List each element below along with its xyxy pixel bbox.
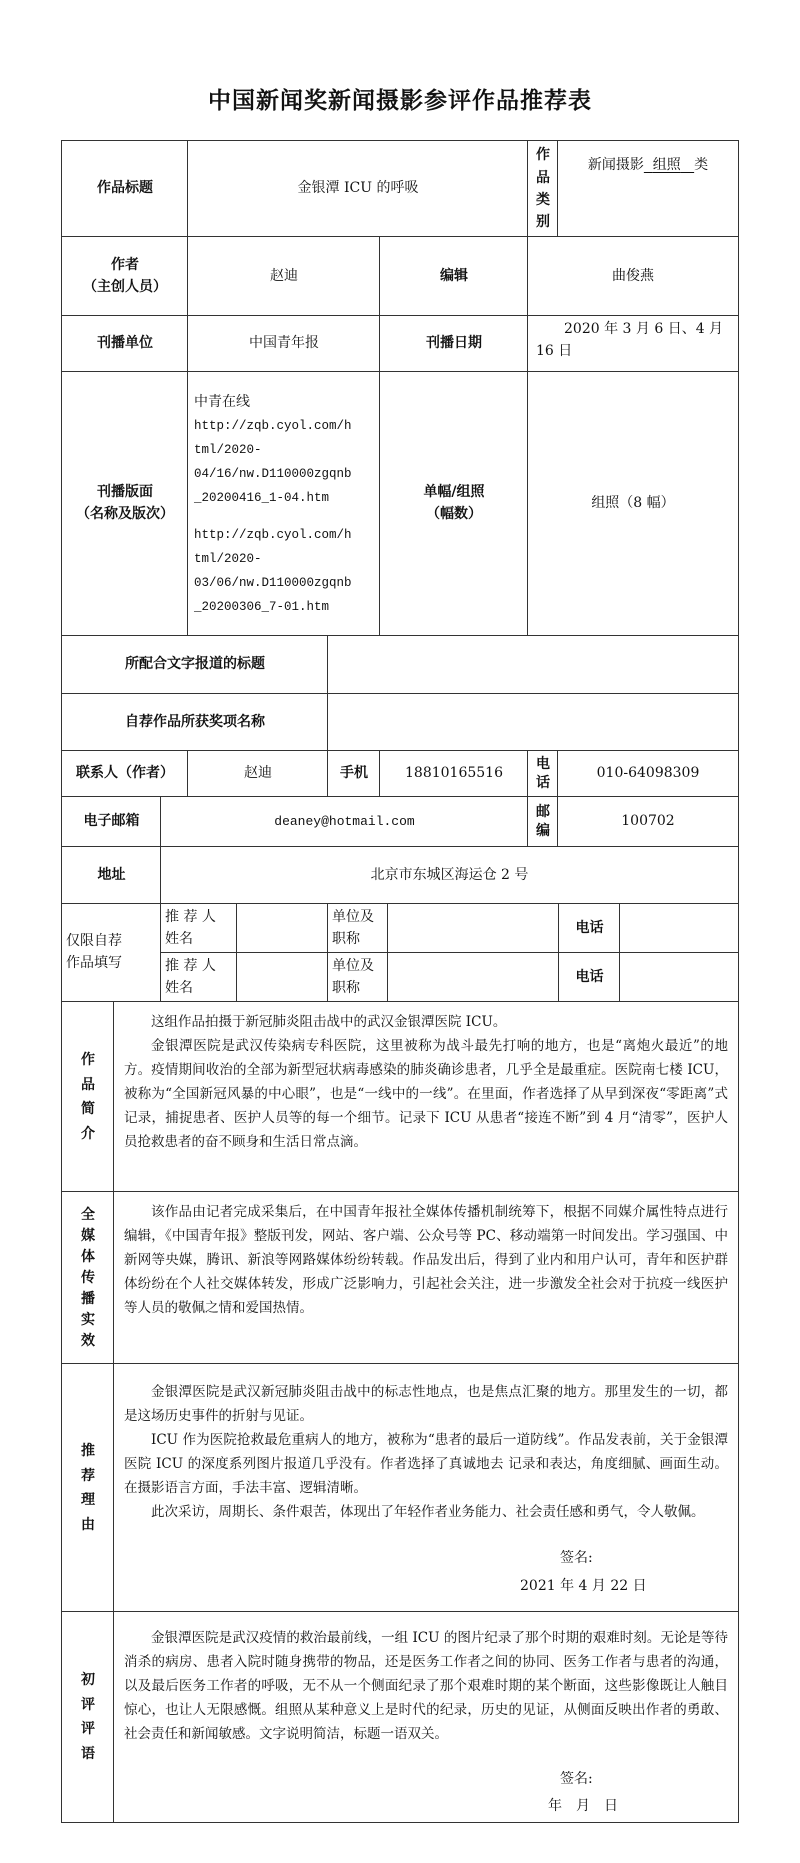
count-label-line2: （幅数） [426,504,482,526]
self-rec-label-line1: 仅限自荐 [66,931,122,953]
work-title-label-text: 作品标题 [97,178,153,200]
email-label-text: 电子邮箱 [84,811,140,833]
review-label-char: 评 [81,1693,95,1718]
media-effect-content: 该作品由记者完成采集后，在中国青年报社全媒体传播机制统筹下，根据不同媒介属性特点… [113,1191,739,1365]
publisher-name: 中国青年报 [249,333,319,355]
awards-label-text: 自荐作品所获奖项名称 [125,712,265,734]
media-effect-label: 全 媒 体 传 播 实 效 [61,1191,115,1365]
review-content: 金银潭医院是武汉疫情的救治最前线，一组 ICU 的图片纪录了那个时期的艰难时刻。… [113,1611,739,1823]
media-effect-label-char: 效 [81,1331,95,1352]
reason-label-char: 推 [81,1439,95,1464]
mobile-value[interactable]: 18810165516 [379,750,529,798]
category-label-char: 别 [536,211,550,233]
layout-url2-line: http://zqb.cyol.com/h [194,524,352,548]
phone-label-char: 电 [536,755,550,774]
author-label-line1: 作者 [111,255,139,277]
count-label: 单幅/组照 （幅数） [379,371,529,637]
reason-label-char: 由 [81,1513,95,1538]
zip-label: 邮 编 [527,796,559,848]
work-title-text: 金银潭 ICU 的呼吸 [298,178,419,200]
layout-label-line2: （名称及版次） [76,504,174,526]
intro-content: 这组作品拍摄于新冠肺炎阻击战中的武汉金银潭医院 ICU。 金银潭医院是武汉传染病… [113,1001,739,1193]
layout-url1-line: tml/2020- [194,439,352,463]
contact-label-text: 联系人（作者） [76,763,174,785]
author-label-line2: （主创人员） [83,277,167,299]
recommender-name-label-line2: 姓名 [165,978,193,1000]
publisher-value[interactable]: 中国青年报 [187,315,381,373]
recommender-name-label-line2: 姓名 [165,929,193,951]
category-suffix: 类 [694,155,708,177]
address-text: 北京市东城区海运仓 2 号 [371,865,529,887]
phone-label: 电 话 [527,750,559,798]
phone-value[interactable]: 010-64098309 [557,750,739,798]
email-label: 电子邮箱 [61,796,162,848]
publisher-label-text: 刊播单位 [97,333,153,355]
layout-url2-line: 03/06/nw.D110000zgqnb [194,572,352,596]
publish-date-text: 2020 年 3 月 6 日、4 月 16 日 [536,319,730,362]
publish-date-value[interactable]: 2020 年 3 月 6 日、4 月 16 日 [527,315,739,373]
recommender-name-value[interactable] [236,903,329,954]
zip-code: 100702 [621,811,674,833]
intro-paragraph: 这组作品拍摄于新冠肺炎阻击战中的武汉金银潭医院 ICU。 [124,1010,728,1034]
recommender-unit-value[interactable] [387,903,560,954]
reason-label-char: 理 [81,1488,95,1513]
layout-value[interactable]: 中青在线 http://zqb.cyol.com/h tml/2020- 04/… [187,371,381,637]
layout-url2-line: _20200306_7-01.htm [194,596,352,620]
intro-label: 作 品 简 介 [61,1001,115,1193]
intro-paragraph: 金银潭医院是武汉传染病专科医院，这里被称为战斗最先打响的地方，也是“离炮火最近”… [124,1034,728,1154]
awards-value[interactable] [327,693,739,752]
review-sign-label: 签名: [560,1768,593,1788]
review-label: 初 评 评 语 [61,1611,115,1823]
address-label: 地址 [61,846,162,905]
layout-url1-line: 04/16/nw.D110000zgqnb [194,463,352,487]
zip-value[interactable]: 100702 [557,796,739,848]
document-title: 中国新闻奖新闻摄影参评作品推荐表 [0,82,800,115]
recommender-unit-label: 单位及 职称 [327,903,389,954]
reason-label: 推 荐 理 由 [61,1363,115,1613]
layout-label-line1: 刊播版面 [97,482,153,504]
recommender-unit-label-line1: 单位及 [332,956,374,978]
intro-label-char: 简 [81,1097,95,1122]
review-label-char: 评 [81,1717,95,1742]
recommender-unit-label-line2: 职称 [332,978,360,1000]
layout-url-list: 中青在线 http://zqb.cyol.com/h tml/2020- 04/… [194,389,352,620]
spacer [194,510,352,524]
recommender-unit-value[interactable] [387,952,560,1003]
address-label-text: 地址 [98,865,126,887]
recommender-name-label: 推 荐 人 姓名 [160,903,238,954]
layout-outlet: 中青在线 [194,389,352,416]
author-name: 赵迪 [270,266,298,288]
layout-url1-line: _20200416_1-04.htm [194,487,352,511]
count-value[interactable]: 组照（8 幅） [527,371,739,637]
editor-name: 曲俊燕 [612,266,654,288]
count-label-line1: 单幅/组照 [423,482,484,504]
self-rec-label-line2: 作品填写 [66,953,122,975]
author-value[interactable]: 赵迪 [187,236,381,317]
phone-number: 010-64098309 [597,763,700,785]
reason-date: 2021 年 4 月 22 日 [520,1575,647,1595]
media-effect-label-char: 体 [81,1247,95,1268]
zip-label-char: 邮 [536,803,550,822]
review-paragraph: 金银潭医院是武汉疫情的救治最前线，一组 ICU 的图片纪录了那个时期的艰难时刻。… [124,1626,728,1746]
publisher-label: 刊播单位 [61,315,189,373]
self-rec-label: 仅限自荐 作品填写 [61,903,162,1003]
text-report-value[interactable] [327,635,739,695]
category-prefix: 新闻摄影 [588,155,644,177]
contact-label: 联系人（作者） [61,750,189,798]
email-address: deaney@hotmail.com [274,810,414,835]
layout-label: 刊播版面 （名称及版次） [61,371,189,637]
author-label: 作者 （主创人员） [61,236,189,317]
reason-sign-label: 签名: [560,1547,593,1567]
media-effect-label-char: 全 [81,1205,95,1226]
reason-paragraph: 金银潭医院是武汉新冠肺炎阻击战中的标志性地点，也是焦点汇聚的地方。那里发生的一切… [124,1380,728,1428]
recommender-phone-label-text: 电话 [576,967,604,989]
media-effect-label-char: 实 [81,1310,95,1331]
recommender-phone-label: 电话 [558,952,621,1003]
media-effect-label-char: 媒 [81,1226,95,1247]
review-label-char: 语 [81,1742,95,1767]
recommender-name-value[interactable] [236,952,329,1003]
recommender-phone-label: 电话 [558,903,621,954]
address-value[interactable]: 北京市东城区海运仓 2 号 [160,846,739,905]
work-title-label: 作品标题 [61,140,189,238]
intro-label-char: 介 [81,1122,95,1147]
zip-label-char: 编 [536,822,550,841]
mobile-number: 18810165516 [405,763,503,785]
publish-date-label: 刊播日期 [379,315,529,373]
intro-label-char: 作 [81,1048,95,1073]
review-date: 年 月 日 [548,1795,618,1815]
media-effect-label-char: 播 [81,1289,95,1310]
category-selected-text: 组照 [653,157,681,173]
layout-url1-line: http://zqb.cyol.com/h [194,415,352,439]
recommender-name-label: 推 荐 人 姓名 [160,952,238,1003]
media-effect-paragraph: 该作品由记者完成采集后，在中国青年报社全媒体传播机制统筹下，根据不同媒介属性特点… [124,1200,728,1320]
editor-label-text: 编辑 [440,266,468,288]
category-label-char: 类 [536,189,550,211]
count-text: 组照（8 幅） [591,493,674,515]
reason-label-char: 荐 [81,1464,95,1489]
contact-name[interactable]: 赵迪 [187,750,329,798]
reason-paragraph: 此次采访，周期长、条件艰苦，体现出了年轻作者业务能力、社会责任感和勇气，令人敬佩… [124,1500,728,1524]
review-label-char: 初 [81,1668,95,1693]
intro-label-char: 品 [81,1073,95,1098]
editor-label: 编辑 [379,236,529,317]
category-value[interactable]: 新闻摄影 组照 类 [557,140,739,238]
publish-date-label-text: 刊播日期 [426,333,482,355]
media-effect-label-char: 传 [81,1268,95,1289]
category-selected: 组照 [644,155,694,177]
contact-name-text: 赵迪 [244,763,272,785]
recommender-unit-label: 单位及 职称 [327,952,389,1003]
reason-paragraph: ICU 作为医院抢救最危重病人的地方，被称为“患者的最后一道防线”。作品发表前，… [124,1428,728,1500]
recommender-phone-label-text: 电话 [576,918,604,940]
awards-label: 自荐作品所获奖项名称 [61,693,329,752]
recommender-phone-value[interactable] [619,952,739,1003]
editor-value[interactable]: 曲俊燕 [527,236,739,317]
recommender-name-label-line1: 推 荐 人 [165,907,216,929]
mobile-label: 手机 [327,750,381,798]
phone-label-char: 话 [536,774,550,793]
recommender-phone-value[interactable] [619,903,739,954]
email-value[interactable]: deaney@hotmail.com [160,796,529,848]
category-label-char: 作 [536,144,550,166]
mobile-label-text: 手机 [340,763,368,785]
category-label: 作 品 类 别 [527,140,559,238]
category-label-char: 品 [536,167,550,189]
work-title-value[interactable]: 金银潭 ICU 的呼吸 [187,140,529,238]
recommender-name-label-line1: 推 荐 人 [165,956,216,978]
recommender-unit-label-line1: 单位及 [332,907,374,929]
layout-url2-line: tml/2020- [194,548,352,572]
text-report-label-text: 所配合文字报道的标题 [125,654,265,676]
text-report-label: 所配合文字报道的标题 [61,635,329,695]
recommender-unit-label-line2: 职称 [332,929,360,951]
